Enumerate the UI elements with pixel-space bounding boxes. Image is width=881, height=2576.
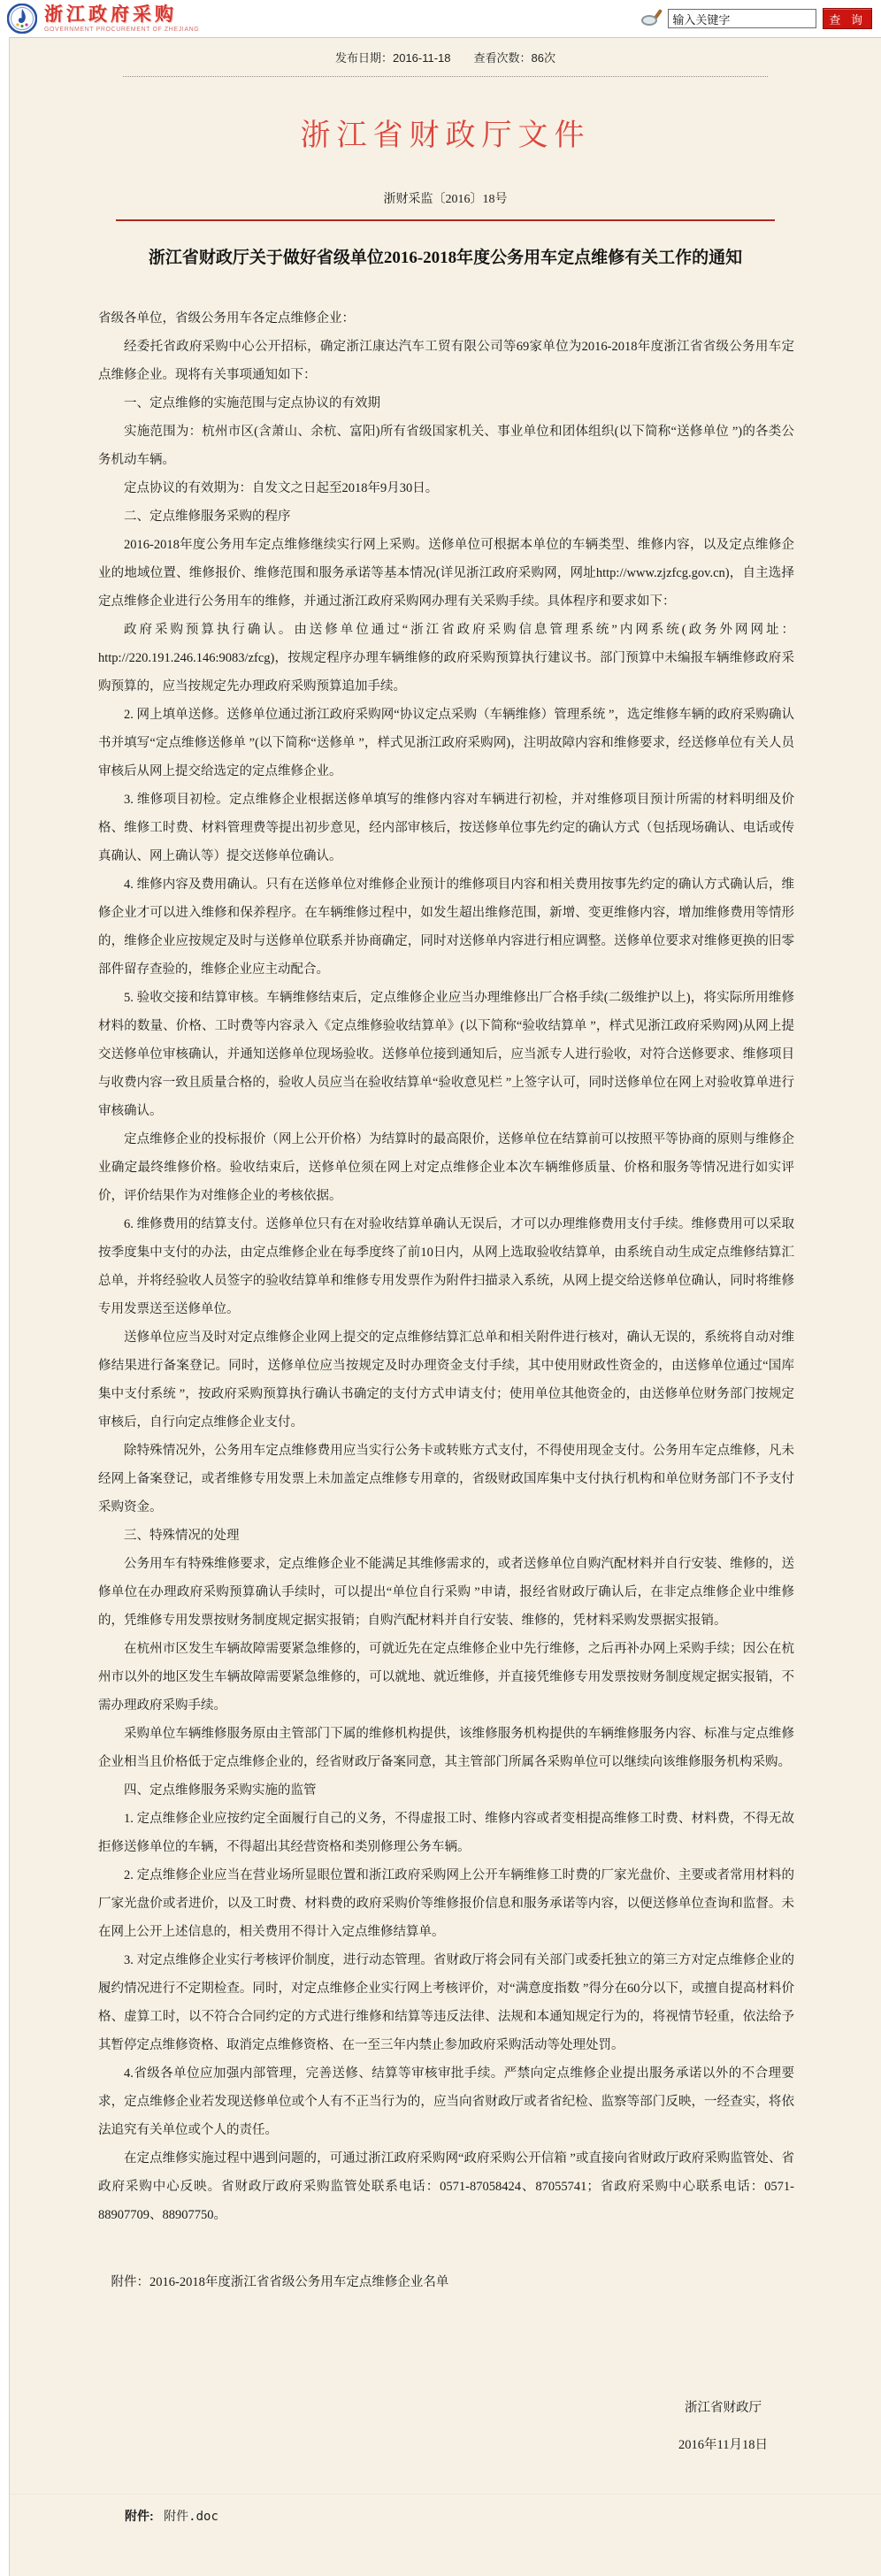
page-footer: 附件: 附件.doc — [10, 2494, 881, 2541]
doc-paragraph: 在定点维修实施过程中遇到问题的，可通过浙江政府采购网“政府采购公开信箱 ”或直接… — [98, 2144, 794, 2229]
site-logo-emblem-icon — [7, 4, 37, 34]
signature-date: 2016年11月18日 — [678, 2426, 768, 2464]
doc-paragraph: 省级各单位，省级公务用车各定点维修企业： — [98, 304, 794, 333]
doc-paragraph: 2. 定点维修企业应当在营业场所显眼位置和浙江政府采购网上公开车辆维修工时费的厂… — [98, 1861, 794, 1946]
doc-title: 浙江省财政厅关于做好省级单位2016-2018年度公务用车定点维修有关工作的通知 — [136, 242, 755, 274]
doc-paragraph: 实施范围为：杭州市区(含萧山、余杭、富阳)所有省级国家机关、事业单位和团体组织(… — [98, 418, 794, 474]
doc-paragraph: 6. 维修费用的结算支付。送修单位只有在对验收结算单确认无误后，才可以办理维修费… — [98, 1210, 794, 1323]
doc-paragraph: 四、定点维修服务采购实施的监管 — [98, 1776, 794, 1805]
doc-paragraph: 政府采购预算执行确认。由送修单位通过“浙江省政府采购信息管理系统”内网系统(政务… — [98, 616, 794, 701]
attachment-label: 附件: — [125, 2509, 154, 2523]
doc-paragraph: 除特殊情况外，公务用车定点维修费用应当实行公务卡或转账方式支付，不得使用现金支付… — [98, 1437, 794, 1522]
doc-paragraph: 4.省级各单位应加强内部管理，完善送修、结算等审核审批手续。严禁向定点维修企业提… — [98, 2059, 794, 2144]
doc-number: 浙财采监〔2016〕18号 — [10, 189, 881, 207]
doc-paragraph: 2. 网上填单送修。送修单位通过浙江政府采购网“协议定点采购（车辆维修）管理系统… — [98, 701, 794, 786]
doc-paragraph: 一、定点维修的实施范围与定点协议的有效期 — [98, 389, 794, 418]
views-label: 查看次数： — [474, 51, 532, 65]
meta-line: 发布日期：2016-11-18查看次数：86次 — [10, 49, 881, 65]
doc-paragraph: 送修单位应当及时对定点维修企业网上提交的定点维修结算汇总单和相关附件进行核对，确… — [98, 1323, 794, 1437]
org-title: 浙江省财政厅文件 — [10, 111, 881, 154]
attachment-file-link[interactable]: 附件.doc — [164, 2510, 218, 2524]
publish-date-label: 发布日期： — [335, 51, 393, 65]
doc-paragraph: 采购单位车辆维修服务原由主管部门下属的维修机构提供，该维修服务机构提供的车辆维修… — [98, 1720, 794, 1776]
doc-paragraph: 2016-2018年度公务用车定点维修继续实行网上采购。送修单位可根据本单位的车… — [98, 531, 794, 616]
search-magnifier-icon — [640, 9, 662, 28]
doc-paragraph: 4. 维修内容及费用确认。只有在送修单位对维修企业预计的维修项目内容和相关费用按… — [98, 870, 794, 984]
doc-paragraph: 经委托省政府采购中心公开招标，确定浙江康达汽车工贸有限公司等69家单位为2016… — [98, 333, 794, 389]
doc-paragraph: 二、定点维修服务采购的程序 — [98, 502, 794, 531]
search-input[interactable] — [668, 9, 816, 28]
signature-block: 浙江省财政厅 2016年11月18日 — [678, 2389, 768, 2464]
signature-org: 浙江省财政厅 — [678, 2389, 768, 2426]
doc-paragraph: 1. 定点维修企业应按约定全面履行自己的义务，不得虚报工时、维修内容或者变相提高… — [98, 1805, 794, 1861]
doc-paragraph: 3. 对定点维修企业实行考核评价制度，进行动态管理。省财政厅将会同有关部门或委托… — [98, 1946, 794, 2059]
doc-paragraph: 三、特殊情况的处理 — [98, 1522, 794, 1550]
publish-date-value: 2016-11-18 — [393, 51, 451, 65]
red-rule — [116, 219, 775, 221]
search-button[interactable]: 查 询 — [823, 8, 872, 29]
site-logo-link[interactable]: 浙江政府采购 GOVERNMENT PROCUREMENT OF ZHEJIAN… — [7, 4, 199, 34]
doc-body: 省级各单位，省级公务用车各定点维修企业：经委托省政府采购中心公开招标，确定浙江康… — [10, 304, 881, 2296]
doc-paragraph: 在杭州市区发生车辆故障需要紧急维修的，可就近先在定点维修企业中先行维修，之后再补… — [98, 1635, 794, 1720]
document-page: 发布日期：2016-11-18查看次数：86次 浙江省财政厅文件 浙财采监〔20… — [9, 37, 881, 2576]
doc-paragraph: 3. 维修项目初检。定点维修企业根据送修单填写的维修内容对车辆进行初检，并对维修… — [98, 786, 794, 870]
dotted-separator — [123, 76, 768, 77]
doc-paragraph: 定点协议的有效期为：自发文之日起至2018年9月30日。 — [98, 474, 794, 502]
views-value: 86次 — [532, 51, 555, 65]
doc-paragraph: 5. 验收交接和结算审核。车辆维修结束后，定点维修企业应当办理维修出厂合格手续(… — [98, 984, 794, 1125]
site-header: 浙江政府采购 GOVERNMENT PROCUREMENT OF ZHEJIAN… — [0, 0, 881, 37]
doc-paragraph: 公务用车有特殊维修要求，定点维修企业不能满足其维修需求的，或者送修单位自购汽配材… — [98, 1550, 794, 1635]
doc-paragraph: 定点维修企业的投标报价（网上公开价格）为结算时的最高限价，送修单位在结算前可以按… — [98, 1125, 794, 1210]
site-logo-title: 浙江政府采购 — [44, 5, 199, 24]
site-logo-subtitle: GOVERNMENT PROCUREMENT OF ZHEJIANG — [44, 27, 199, 33]
search-area: 查 询 — [640, 8, 872, 29]
site-logo-text: 浙江政府采购 GOVERNMENT PROCUREMENT OF ZHEJIAN… — [44, 5, 199, 33]
doc-paragraph: 附件：2016-2018年度浙江省省级公务用车定点维修企业名单 — [98, 2268, 794, 2296]
